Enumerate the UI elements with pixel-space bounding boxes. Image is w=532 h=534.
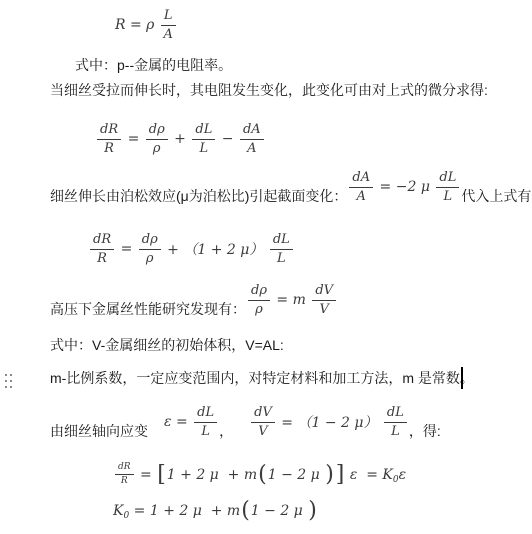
paragraph-m-coeff[interactable]: m-比例系数，一定应变范围内，对特定材料和加工方法，m 是常数。 <box>50 368 474 388</box>
formula-volume-inline[interactable]: dVV = （1 − 2 μ） dLL <box>249 405 409 439</box>
formula-differential[interactable]: dRR = dρρ + dLL − dAA <box>95 120 266 156</box>
formula-combined-content: dRR = dρρ + （1 + 2 μ） dLL <box>88 232 295 266</box>
paragraph-strain-line[interactable]: 由细丝轴向应变 ε = dLL ， dVV = （1 − 2 μ） dLL ，得… <box>50 405 441 441</box>
strain-text-post: ，得: <box>409 421 441 441</box>
text-caret <box>461 367 463 389</box>
formula-gauge-factor[interactable]: dRR = [1 + 2 μ + m(1 − 2 μ )] ε = K0ε <box>113 456 406 488</box>
block-drag-handle-icon[interactable] <box>5 374 12 388</box>
paragraph-poisson-line[interactable]: 细丝伸长由泊松效应(μ为泊松比)引起截面变化： dAA = −2 μ dLL 代… <box>50 170 531 206</box>
formula-resistance-content: R = ρ LA <box>115 8 178 42</box>
poisson-text-pre: 细丝伸长由泊松效应(μ为泊松比)引起截面变化： <box>50 186 347 206</box>
formula-k0-definition[interactable]: K0 = 1 + 2 μ + m(1 − 2 μ ) <box>113 500 318 522</box>
formula-poisson-inline[interactable]: dAA = −2 μ dLL <box>347 170 461 204</box>
formula-resistance[interactable]: R = ρ LA <box>115 8 178 42</box>
formula-combined[interactable]: dRR = dρρ + （1 + 2 μ） dLL <box>88 230 295 266</box>
poisson-text-post: 代入上式有 <box>461 186 531 206</box>
pressure-text-pre: 高压下金属丝性能研究发现有： <box>50 299 246 319</box>
formula-k0-definition-content: K0 = 1 + 2 μ + m(1 − 2 μ ) <box>113 500 318 522</box>
formula-gauge-factor-content: dRR = [1 + 2 μ + m(1 − 2 μ )] ε = K0ε <box>113 462 406 488</box>
formula-pressure-inline[interactable]: dρρ = m dVV <box>246 283 338 317</box>
formula-strain-inline[interactable]: ε = dLL <box>164 405 219 439</box>
paragraph-where-rho[interactable]: 式中：p--金属的电阻率。 <box>75 55 232 75</box>
formula-differential-content: dRR = dρρ + dLL − dAA <box>95 122 266 156</box>
paragraph-where-v[interactable]: 式中：V-金属细丝的初始体积，V=AL: <box>50 335 284 355</box>
paragraph-stretch[interactable]: 当细丝受拉而伸长时，其电阻发生变化，此变化可由对上式的微分求得: <box>50 80 488 100</box>
strain-text-pre: 由细丝轴向应变 <box>50 421 148 441</box>
strain-separator-comma: ， <box>219 421 233 441</box>
paragraph-pressure-line[interactable]: 高压下金属丝性能研究发现有： dρρ = m dVV <box>50 283 338 319</box>
